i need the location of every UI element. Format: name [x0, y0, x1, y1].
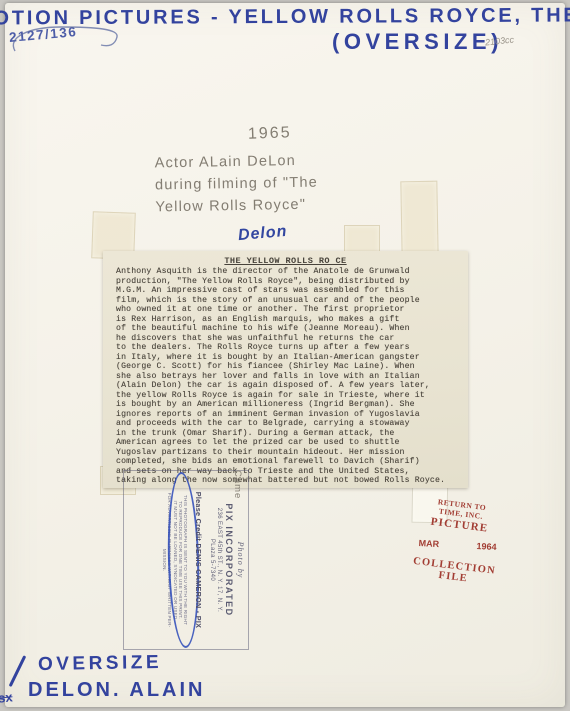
footer-oversize: OVERSIZE: [38, 652, 162, 676]
pix-stamp-phone: PLaza 5-7340: [209, 471, 215, 649]
pix-stamp-address: 236 EAST 45th ST., N. Y. 17, N. Y.: [216, 471, 222, 649]
date-year: 1964: [476, 541, 497, 552]
typed-caption-title: THE YELLOW ROLLS RO CE: [103, 256, 468, 266]
pix-stamp-credit-line: Please Credit DENIS CAMERON - PIX: [194, 471, 203, 649]
tape-piece: [400, 181, 438, 260]
typed-caption-body: Anthony Asquith is the director of the A…: [116, 267, 462, 486]
date-month: MAR: [418, 538, 439, 549]
typed-caption-sheet: THE YELLOW ROLLS RO CE Anthony Asquith i…: [103, 251, 468, 488]
red-archive-stamp: RETURN TO TIME, INC. PICTURE MAR 1964 CO…: [400, 494, 514, 589]
year-note: 1965: [248, 124, 292, 144]
delon-blue-note: Delon: [237, 223, 288, 245]
circle-mark: [1, 21, 131, 61]
came-pencil-note: Came: [232, 470, 243, 499]
footer-scribble: sx: [0, 689, 13, 705]
header-oversize-handwritten: (OVERSIZE): [332, 29, 503, 55]
footer-name: DELON. ALAIN: [28, 679, 205, 702]
pencil-caption: Actor ALain DeLon during filming of "The…: [154, 150, 318, 219]
date-stamp: MAR 1964: [418, 538, 496, 552]
pencil-code-note: 2103cc: [485, 35, 515, 48]
